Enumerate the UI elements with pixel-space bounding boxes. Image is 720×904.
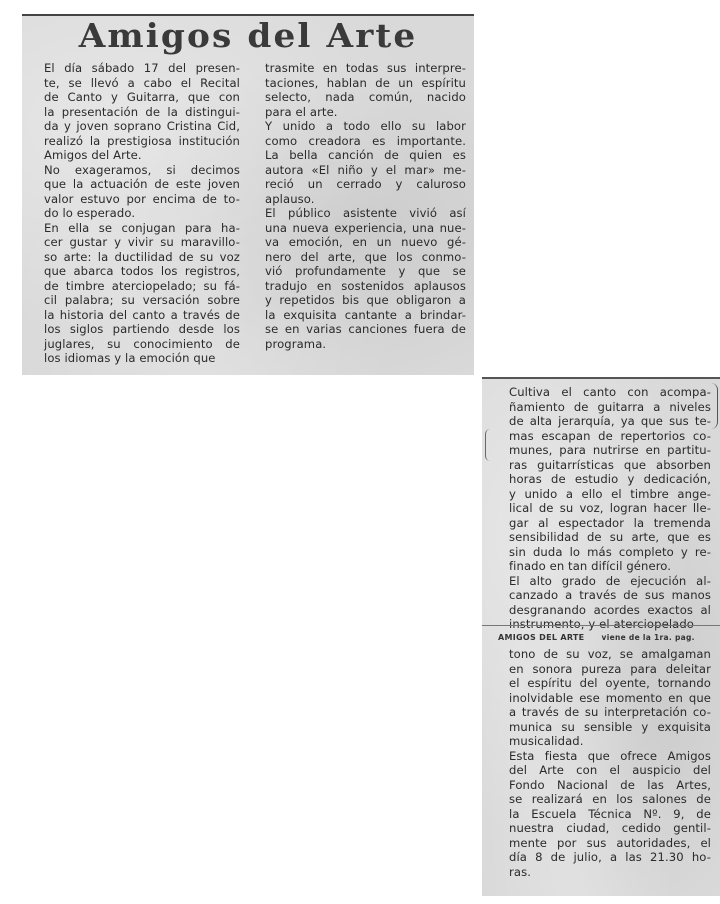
text-line: la Escuela Técnica Nº. 9, de	[495, 807, 711, 822]
text-line: El día sábado 17 del presen-	[30, 61, 240, 76]
text-line: so arte: la ductilidad de su voz	[30, 250, 240, 265]
paragraph: El alto grado de ejecución al-canzado a …	[495, 574, 711, 632]
text-line: una nueva experiencia, una nue-	[251, 221, 466, 236]
text-line: cil palabra; su versación sobre	[30, 293, 240, 308]
separator-line	[482, 625, 720, 626]
text-line: canzado a través de sus manos	[495, 588, 711, 603]
article-column-1: El día sábado 17 del presen-te, se llevó…	[30, 61, 240, 366]
paragraph: Esta fiesta que ofrece Amigosdel Arte co…	[495, 749, 711, 880]
text-line: y repetidos bis que obligaron a	[251, 293, 466, 308]
text-line: El público asistente vivió así	[251, 206, 466, 221]
text-line: el espíritu del oyente, tornando	[495, 676, 711, 691]
text-line: programa.	[251, 337, 466, 352]
text-line: horas de estudio y dedicación,	[495, 472, 711, 487]
paragraph: No exageramos, si decimosque la actuació…	[30, 163, 240, 221]
text-line: se en varias canciones fuera de	[251, 322, 466, 337]
text-line: tradujo en sostenidos aplausos	[251, 279, 466, 294]
text-line: musicalidad.	[495, 734, 711, 749]
text-line: a través de su interpretación co-	[495, 705, 711, 720]
jump-head: AMIGOS DEL ARTE viene de la 1ra. pag.	[498, 633, 708, 643]
text-line: valor estuvo por encima de to-	[30, 192, 240, 207]
text-line: inolvidable ese momento en que	[495, 691, 711, 706]
text-line: realizó la prestigiosa institución	[30, 134, 240, 149]
text-line: ñamiento de guitarra a niveles	[495, 400, 711, 415]
text-line: juglares, su conocimiento de	[30, 337, 240, 352]
text-line: autora «El niño y el mar» me-	[251, 163, 466, 178]
newspaper-clipping-main: Amigos del Arte El día sábado 17 del pre…	[22, 14, 474, 375]
paragraph: En ella se conjugan para ha-cer gustar y…	[30, 221, 240, 366]
text-line: se realizará en los salones de	[495, 792, 711, 807]
text-line: y unido a ello el timbre ange-	[495, 487, 711, 502]
text-line: da y joven soprano Cristina Cid,	[30, 119, 240, 134]
text-line: va emoción, en un nuevo gé-	[251, 235, 466, 250]
paragraph: tono de su voz, se amalgamanen sonora pu…	[495, 647, 711, 749]
text-line: munica su sensible y exquisita	[495, 720, 711, 735]
text-line: gar al espectador la tremenda	[495, 516, 711, 531]
text-line: de timbre aterciopelado; su fá-	[30, 279, 240, 294]
text-line: de Canto y Guitarra, que con	[30, 90, 240, 105]
text-line: nero del arte, que los conmo-	[251, 250, 466, 265]
paragraph: Y unido a todo ello su laborcomo creador…	[251, 119, 466, 206]
text-line: do lo esperado.	[30, 206, 240, 221]
text-line: Esta fiesta que ofrece Amigos	[495, 749, 711, 764]
article-column-4: tono de su voz, se amalgamanen sonora pu…	[495, 647, 711, 879]
text-line: la presentación de la distingui-	[30, 105, 240, 120]
article-column-2: trasmite en todas sus interpre-taciones,…	[251, 61, 466, 351]
text-line: munes, para nutrirse en partitu-	[495, 443, 711, 458]
text-line: No exageramos, si decimos	[30, 163, 240, 178]
text-line: que abarca todos los registros,	[30, 264, 240, 279]
text-line: vió profundamente y que se	[251, 264, 466, 279]
paragraph: trasmite en todas sus interpre-taciones,…	[251, 61, 466, 119]
jump-head-continued: viene de la 1ra. pag.	[602, 633, 695, 642]
text-line: cer gustar y vivir su maravillo-	[30, 235, 240, 250]
article-column-3: Cultiva el canto con acompa-ñamiento de …	[495, 385, 711, 632]
text-line: de alta jerarquía, ya que sus te-	[495, 414, 711, 429]
text-line: los siglos partiendo desde los	[30, 322, 240, 337]
text-line: la exquisita cantante a brindar-	[251, 308, 466, 323]
text-line: como creadora es importante.	[251, 134, 466, 149]
text-line: sin duda lo más completo y re-	[495, 545, 711, 560]
text-line: aplauso.	[251, 192, 466, 207]
text-line: En ella se conjugan para ha-	[30, 221, 240, 236]
paragraph: Cultiva el canto con acompa-ñamiento de …	[495, 385, 711, 574]
text-line: mas escapan de repertorios co-	[495, 429, 711, 444]
text-line: mente por sus autoridades, el	[495, 836, 711, 851]
text-line: reció un cerrado y caluroso	[251, 177, 466, 192]
text-line: sensibilidad de su arte, que es	[495, 530, 711, 545]
text-line: del Arte con el auspicio del	[495, 763, 711, 778]
text-line: día 8 de julio, a las 21.30 ho-	[495, 850, 711, 865]
text-line: trasmite en todas sus interpre-	[251, 61, 466, 76]
text-line: ras.	[495, 865, 711, 880]
text-line: la historia del canto a través de	[30, 308, 240, 323]
text-line: los idiomas y la emoción que	[30, 351, 240, 366]
text-line: selecto, nada común, nacido	[251, 90, 466, 105]
text-line: lical de su voz, logran hacer lle-	[495, 501, 711, 516]
paragraph: El día sábado 17 del presen-te, se llevó…	[30, 61, 240, 163]
text-line: Cultiva el canto con acompa-	[495, 385, 711, 400]
text-line: nuestra ciudad, cedido gentil-	[495, 821, 711, 836]
text-line: para el arte.	[251, 105, 466, 120]
text-line: tono de su voz, se amalgaman	[495, 647, 711, 662]
paragraph: El público asistente vivió asíuna nueva …	[251, 206, 466, 351]
text-line: finado en tan difícil género.	[495, 559, 711, 574]
text-line: La bella canción de quien es	[251, 148, 466, 163]
text-line: El alto grado de ejecución al-	[495, 574, 711, 589]
text-line: taciones, hablan de un espíritu	[251, 76, 466, 91]
newspaper-clipping-continuation: Cultiva el canto con acompa-ñamiento de …	[482, 377, 720, 896]
text-line: Fondo Nacional de las Artes,	[495, 778, 711, 793]
text-line: que la actuación de este joven	[30, 177, 240, 192]
text-line: Amigos del Arte.	[30, 148, 240, 163]
text-line: desgranando acordes exactos al	[495, 603, 711, 618]
text-line: ras guitarrísticas que absorben	[495, 458, 711, 473]
pen-bracket-mark	[711, 383, 718, 429]
text-line: Y unido a todo ello su labor	[251, 119, 466, 134]
pen-margin-mark	[485, 429, 490, 461]
text-line: te, se llevó a cabo el Recital	[30, 76, 240, 91]
jump-head-tag: AMIGOS DEL ARTE	[498, 633, 584, 642]
text-line: en sonora pureza para deleitar	[495, 662, 711, 677]
headline: Amigos del Arte	[13, 16, 483, 56]
